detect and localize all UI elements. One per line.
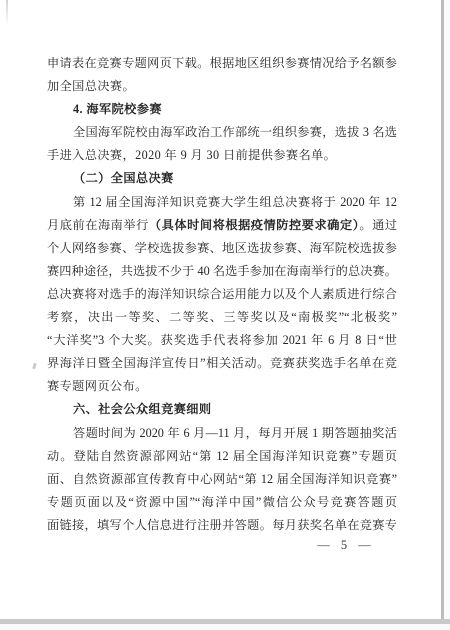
page-right-border xyxy=(441,0,444,619)
text-line: 总决赛将对选手的海洋知识综合运用能力以及个人素质进行综合 xyxy=(47,283,397,306)
scan-canvas: 申请表在竞赛专题网页下载。根据地区组织参赛情况给予名额参加全国总决赛。4. 海军… xyxy=(0,0,450,630)
text-run: 面、自然资源部宣传教育中心网站“第 12 届全国海洋知识竞赛” xyxy=(47,472,397,486)
text-run: 个人网络参赛、学校选拔参赛、地区选拔参赛、海军院校选拔参 xyxy=(47,241,397,255)
text-line: 界海洋日暨全国海洋宣传日”相关活动。竞赛获奖选手名单在竞 xyxy=(47,352,397,375)
text-run: “大洋奖”3 个大奖。获奖选手代表将参加 2021 年 6 月 8 日“世 xyxy=(47,333,397,347)
text-line: 第 12 届全国海洋知识竞赛大学生组总决赛将于 2020 年 12 xyxy=(47,191,397,214)
heading-line: （二）全国总决赛 xyxy=(47,167,397,190)
text-run: 动。登陆自然资源部网站“第 12 届全国海洋知识竞赛”专题页 xyxy=(47,449,397,463)
text-line: 赛四种途径，共选拔不少于 40 名选手参加在海南举行的总决赛。 xyxy=(47,260,397,283)
text-line: 专题页面以及“资源中国”“海洋中国”微信公众号竞赛答题页 xyxy=(47,491,397,514)
text-line: 全国海军院校由海军政治工作部统一组织参赛，选拔 3 名选 xyxy=(47,121,397,144)
bold-text-run: （具体时间将根据疫情防控要求确定） xyxy=(149,218,359,232)
text-line: 赛专题网页公布。 xyxy=(47,375,397,398)
bold-text-run: （二）全国总决赛 xyxy=(73,171,174,185)
text-run: 申请表在竞赛专题网页下载。根据地区组织参赛情况给予名额参 xyxy=(47,56,397,70)
page-bottom-border xyxy=(0,619,450,624)
text-line: 面链接，填写个人信息进行注册并答题。每月获奖名单在竞赛专 xyxy=(47,514,397,537)
text-line: 月底前在海南举行（具体时间将根据疫情防控要求确定）。通过 xyxy=(47,214,397,237)
document-lines: 申请表在竞赛专题网页下载。根据地区组织参赛情况给予名额参加全国总决赛。4. 海军… xyxy=(47,52,397,537)
text-line: 动。登陆自然资源部网站“第 12 届全国海洋知识竞赛”专题页 xyxy=(47,445,397,468)
scan-speck-artifact xyxy=(32,363,37,370)
text-run: 专题页面以及“资源中国”“海洋中国”微信公众号竞赛答题页 xyxy=(47,495,397,509)
text-line: 答题时间为 2020 年 6 月—11 月，每月开展 1 期答题抽奖活 xyxy=(47,422,397,445)
text-line: 申请表在竞赛专题网页下载。根据地区组织参赛情况给予名额参 xyxy=(47,52,397,75)
page-number: — 5 — xyxy=(312,537,378,553)
text-run: 赛四种途径，共选拔不少于 40 名选手参加在海南举行的总决赛。 xyxy=(47,264,397,278)
scan-edge-artifact xyxy=(6,0,8,26)
text-run: 全国海军院校由海军政治工作部统一组织参赛，选拔 3 名选 xyxy=(73,125,397,139)
text-run: 手进入总决赛，2020 年 9 月 30 日前提供参赛名单。 xyxy=(47,148,336,162)
scanned-page: 申请表在竞赛专题网页下载。根据地区组织参赛情况给予名额参加全国总决赛。4. 海军… xyxy=(0,0,441,619)
text-run: 总决赛将对选手的海洋知识综合运用能力以及个人素质进行综合 xyxy=(47,287,397,301)
text-line: 面、自然资源部宣传教育中心网站“第 12 届全国海洋知识竞赛” xyxy=(47,468,397,491)
text-line: 手进入总决赛，2020 年 9 月 30 日前提供参赛名单。 xyxy=(47,144,397,167)
text-run: 第 12 届全国海洋知识竞赛大学生组总决赛将于 2020 年 12 xyxy=(73,195,397,209)
text-run: 月底前在海南举行 xyxy=(47,218,149,232)
text-line: “大洋奖”3 个大奖。获奖选手代表将参加 2021 年 6 月 8 日“世 xyxy=(47,329,397,352)
text-run: 。通过 xyxy=(359,218,397,232)
text-run: 答题时间为 2020 年 6 月—11 月，每月开展 1 期答题抽奖活 xyxy=(73,426,397,440)
text-line: 考察，决出一等奖、二等奖、三等奖以及“南极奖”“北极奖” xyxy=(47,306,397,329)
heading-line: 六、社会公众组竞赛细则 xyxy=(47,398,397,421)
text-run: 加全国总决赛。 xyxy=(47,79,135,93)
bold-text-run: 六、社会公众组竞赛细则 xyxy=(73,402,211,416)
text-run: 面链接，填写个人信息进行注册并答题。每月获奖名单在竞赛专 xyxy=(47,518,397,532)
text-line: 个人网络参赛、学校选拔参赛、地区选拔参赛、海军院校选拔参 xyxy=(47,237,397,260)
bold-text-run: 4. 海军院校参赛 xyxy=(73,102,162,116)
text-line: 加全国总决赛。 xyxy=(47,75,397,98)
text-run: 界海洋日暨全国海洋宣传日”相关活动。竞赛获奖选手名单在竞 xyxy=(47,356,397,370)
text-run: 考察，决出一等奖、二等奖、三等奖以及“南极奖”“北极奖” xyxy=(47,310,397,324)
heading-line: 4. 海军院校参赛 xyxy=(47,98,397,121)
text-run: 赛专题网页公布。 xyxy=(47,379,148,393)
